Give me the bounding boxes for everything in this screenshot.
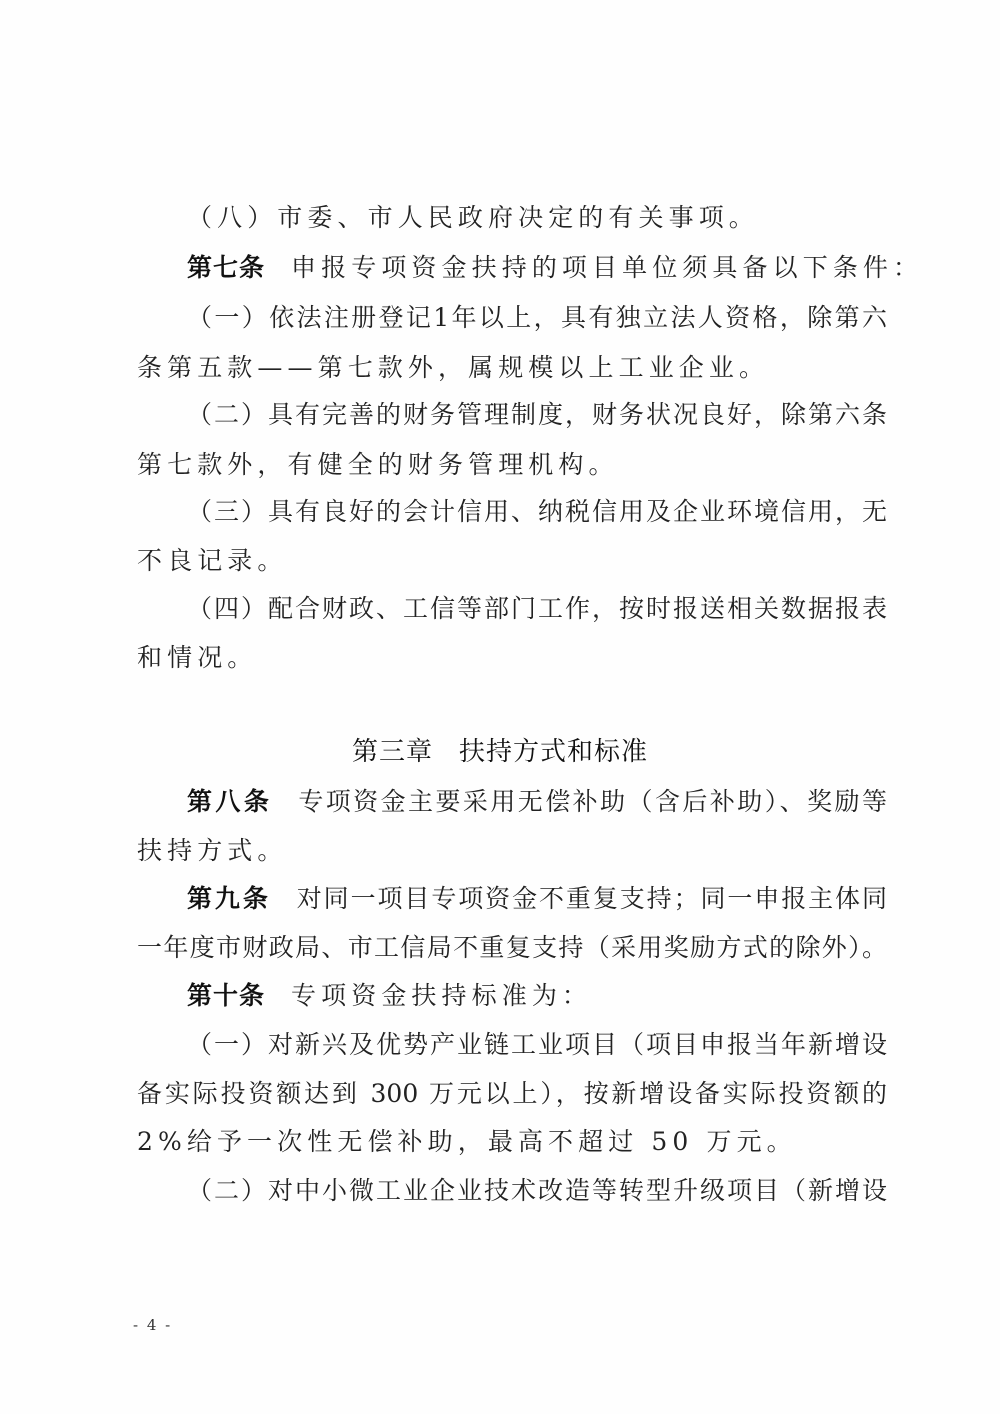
line-text: 2%给予一次性无偿补助，最高不超过 50 万元。 — [137, 1127, 797, 1156]
document-page: （八）市委、市人民政府决定的有关事项。 第七条申报专项资金扶持的项目单位须具备以… — [0, 0, 1000, 1414]
line-text: 第七款外，有健全的财务管理机构。 — [137, 450, 619, 479]
article-8-line: 第八条专项资金主要采用无偿补助（含后补助）、奖励等 — [187, 787, 887, 817]
paragraph-line: （八）市委、市人民政府决定的有关事项。 — [187, 203, 887, 233]
paragraph-line: 不良记录。 — [137, 546, 887, 576]
paragraph-line: （二）具有完善的财务管理制度，财务状况良好，除第六条 — [187, 400, 887, 430]
paragraph-line: 条第五款——第七款外，属规模以上工业企业。 — [137, 353, 887, 383]
article-label: 第十条 — [187, 981, 265, 1010]
line-text: 备实际投资额达到 300 万元以上），按新增设备实际投资额的 — [137, 1079, 887, 1108]
line-text: （八）市委、市人民政府决定的有关事项。 — [187, 203, 759, 232]
paragraph-line: 一年度市财政局、市工信局不重复支持（采用奖励方式的除外）。 — [137, 933, 887, 963]
article-7-line: 第七条申报专项资金扶持的项目单位须具备以下条件： — [187, 253, 887, 283]
line-text: 一年度市财政局、市工信局不重复支持（采用奖励方式的除外）。 — [137, 933, 887, 962]
paragraph-line: 2%给予一次性无偿补助，最高不超过 50 万元。 — [137, 1127, 887, 1157]
line-text: 对同一项目专项资金不重复支持；同一申报主体同 — [297, 884, 887, 913]
paragraph-line: 扶持方式。 — [137, 836, 887, 866]
paragraph-line: （三）具有良好的会计信用、纳税信用及企业环境信用，无 — [187, 497, 887, 527]
page-number: - 4 - — [133, 1316, 172, 1334]
paragraph-line: （一）依法注册登记1年以上，具有独立法人资格，除第六 — [187, 303, 887, 333]
paragraph-line: （一）对新兴及优势产业链工业项目（项目申报当年新增设 — [187, 1030, 887, 1060]
line-text: 和情况。 — [137, 643, 257, 672]
paragraph-line: 备实际投资额达到 300 万元以上），按新增设备实际投资额的 — [137, 1079, 887, 1109]
chapter-title: 扶持方式和标准 — [459, 737, 648, 767]
paragraph-line: 和情况。 — [137, 643, 887, 673]
paragraph-line: 第七款外，有健全的财务管理机构。 — [137, 450, 887, 480]
line-text: （二）对中小微工业企业技术改造等转型升级项目（新增设 — [187, 1176, 887, 1205]
line-text: （四）配合财政、工信等部门工作，按时报送相关数据报表 — [187, 594, 887, 623]
line-text: 条第五款——第七款外，属规模以上工业企业。 — [137, 353, 769, 382]
line-text: 不良记录。 — [137, 546, 288, 575]
line-text: （三）具有良好的会计信用、纳税信用及企业环境信用，无 — [187, 497, 887, 526]
article-9-line: 第九条对同一项目专项资金不重复支持；同一申报主体同 — [187, 884, 887, 914]
article-10-line: 第十条专项资金扶持标准为： — [187, 981, 887, 1011]
chapter-number: 第三章 — [352, 737, 433, 767]
line-text: 扶持方式。 — [137, 836, 288, 865]
line-text: （一）依法注册登记1年以上，具有独立法人资格，除第六 — [187, 303, 887, 332]
paragraph-line: （二）对中小微工业企业技术改造等转型升级项目（新增设 — [187, 1176, 887, 1206]
line-text: 专项资金主要采用无偿补助（含后补助）、奖励等 — [298, 787, 887, 816]
line-text: 申报专项资金扶持的项目单位须具备以下条件： — [291, 253, 923, 282]
chapter-heading: 第三章扶持方式和标准 — [0, 736, 1000, 768]
article-label: 第八条 — [187, 787, 272, 816]
line-text: （二）具有完善的财务管理制度，财务状况良好，除第六条 — [187, 400, 887, 429]
line-text: 专项资金扶持标准为： — [291, 981, 592, 1010]
line-text: （一）对新兴及优势产业链工业项目（项目申报当年新增设 — [187, 1030, 887, 1059]
paragraph-line: （四）配合财政、工信等部门工作，按时报送相关数据报表 — [187, 594, 887, 624]
article-label: 第九条 — [187, 884, 271, 913]
article-label: 第七条 — [187, 253, 265, 282]
